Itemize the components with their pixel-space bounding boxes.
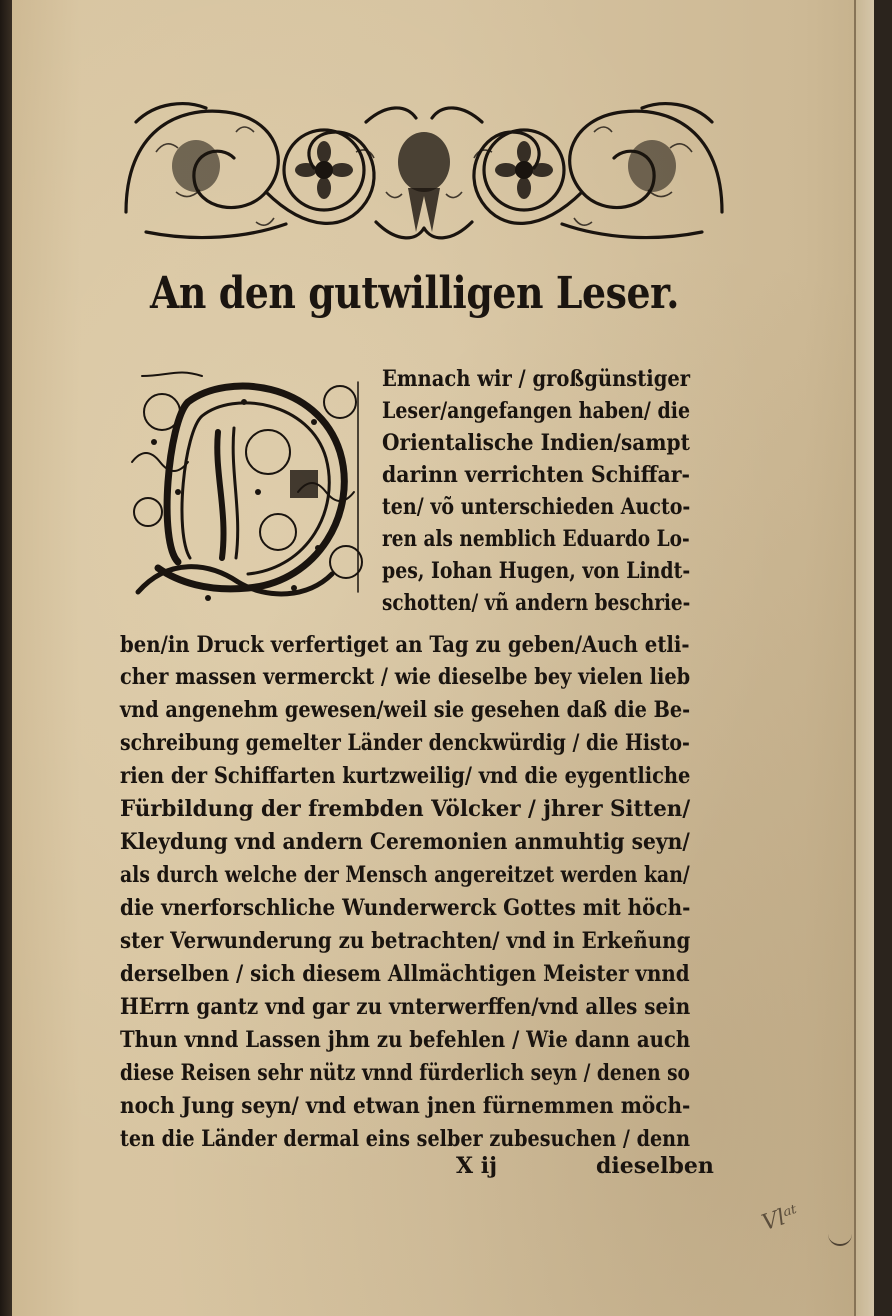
catchword: dieselben [596, 1153, 714, 1179]
body-line: schreibung gemelter Länder denckwürdig /… [120, 730, 690, 756]
body-line: als durch welche der Mensch angereitzet … [120, 862, 690, 888]
body-line: ren als nemblich Eduardo Lo- [382, 526, 690, 552]
body-line: ten die Länder dermal eins selber zubesu… [120, 1126, 690, 1152]
body-line: Orientalische Indien/sampt [382, 430, 690, 456]
body-line: pes, Iohan Hugen, von Lindt- [382, 558, 690, 584]
page-title: An den gutwilligen Leser. [150, 268, 632, 319]
headpiece-ornament-icon [116, 92, 732, 248]
body-line: noch Jung seyn/ vnd etwan jnen fürnemmen… [120, 1093, 690, 1119]
body-line: schotten/ vñ andern beschrie- [382, 590, 690, 616]
scanned-page-view: An den gutwilligen Leser. [0, 0, 892, 1316]
signature-mark: X ij [456, 1153, 497, 1179]
body-line: ben/in Druck verfertiget an Tag zu geben… [120, 632, 690, 658]
body-line: darinn verrichten Schiffar- [382, 462, 690, 488]
body-line: ten/ võ unterschieden Aucto- [382, 494, 690, 520]
body-line: Emnach wir / großgünstiger [382, 366, 651, 392]
body-line: Thun vnnd Lassen jhm zu befehlen / Wie d… [120, 1027, 690, 1053]
body-line: Leser/angefangen haben/ die [382, 398, 690, 424]
body-line: die vnerforschliche Wunderwerck Gottes m… [120, 895, 690, 921]
body-line: ster Verwunderung zu betrachten/ vnd in … [120, 928, 690, 954]
page-edge [854, 0, 874, 1316]
body-line: rien der Schiffarten kurtzweilig/ vnd di… [120, 763, 690, 789]
body-line: HErrn gantz vnd gar zu vnterwerffen/vnd … [120, 994, 690, 1020]
decorated-initial-letter-icon [118, 362, 370, 612]
body-line: vnd angenehm gewesen/weil sie gesehen da… [120, 697, 690, 723]
body-line: Kleydung vnd andern Ceremonien anmuhtig … [120, 829, 690, 855]
body-line: cher massen vermerckt / wie dieselbe bey… [120, 664, 690, 690]
body-line: derselben / sich diesem Allmächtigen Mei… [120, 961, 690, 987]
body-line: diese Reisen sehr nütz vnnd fürderlich s… [120, 1060, 690, 1086]
body-line: Fürbildung der frembden Völcker / jhrer … [120, 796, 690, 822]
